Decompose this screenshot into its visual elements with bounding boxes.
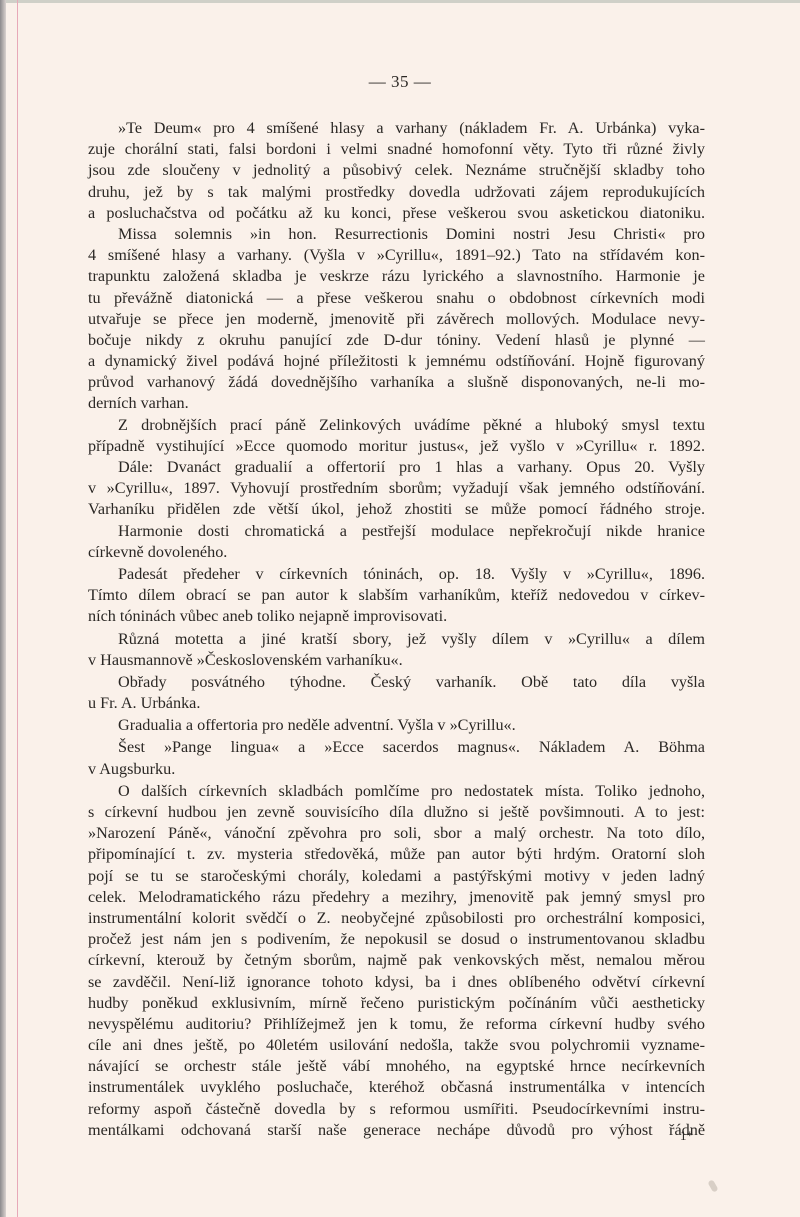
text-line: druhu, jež by s tak malými prostředky do… (88, 182, 705, 203)
text-line: Dále: Dvanáct gradualií a offertorií pro… (88, 457, 705, 478)
paragraph-pange-lingua: Šest »Pange lingua« a »Ecce sacerdos mag… (88, 737, 705, 779)
text-line: cíle ani dnes ještě, po 40letém usilován… (88, 1035, 705, 1056)
text-line: celek. Melodramatického rázu předehry a … (88, 887, 705, 908)
signature-mark: 1* (680, 1128, 693, 1144)
text-line: a posluchačstva od počátku až ku konci, … (88, 203, 705, 224)
text-line: církevní, kterouž by četným sborům, najm… (88, 950, 705, 971)
text-line: Harmonie dosti chromatická a pestřejší m… (88, 521, 705, 542)
scan-left-edge (0, 0, 6, 1217)
text-line: návající se orchestr stále ještě vábí mn… (88, 1056, 705, 1077)
text-line: v Hausmannově »Československém varhaníku… (88, 650, 705, 671)
text-line: pročež jest nám jen s podivením, že nepo… (88, 929, 705, 950)
text-line: církevně dovoleného. (88, 542, 705, 563)
text-line: Gradualia a offertoria pro neděle advent… (88, 715, 705, 736)
text-line: derních varhan. (88, 393, 705, 414)
paragraph-ecce-quomodo: Z drobnějších prací páně Zelinkových uvá… (88, 415, 705, 457)
text-line: připomínající t. zv. mysteria středověká… (88, 844, 705, 865)
paragraph-padesat-predeher: Padesát předeher v církevních tóninách, … (88, 564, 705, 628)
text-line: trapunktu založená skladba je veskrze rá… (88, 266, 705, 287)
text-line: zuje chorální stati, falsi bordoni i vel… (88, 139, 705, 160)
text-line: Varhaníku přidělen zde větší úkol, jehož… (88, 499, 705, 520)
text-line: instrumentální kolorit svědčí o Z. neoby… (88, 908, 705, 929)
text-line: průvod varhanový žádá dovednějšího varha… (88, 372, 705, 393)
text-line: Obřady posvátného týhodne. Český varhaní… (88, 672, 705, 693)
page-top-edge (0, 0, 800, 3)
paragraph-narozeni-pane: O dalších církevních skladbách pomlčíme … (88, 781, 705, 1141)
paragraph-motetta: Různá motetta a jiné kratší sbory, jež v… (88, 629, 705, 671)
page-number: — 35 — (0, 72, 800, 92)
text-line: případně vystihující »Ecce quomodo morit… (88, 436, 705, 457)
text-line: 4 smíšené hlasy a varhany. (Vyšla v »Cyr… (88, 245, 705, 266)
text-line: tu převážně diatonická — a přese veškero… (88, 288, 705, 309)
text-line: »Narození Páně«, vánoční zpěvohra pro so… (88, 823, 705, 844)
text-line: utvařuje se přece jen moderně, jmenovitě… (88, 309, 705, 330)
paragraph-gradualii: Dále: Dvanáct gradualií a offertorií pro… (88, 457, 705, 521)
text-line: pojí se tu se staročeskými chorály, kole… (88, 866, 705, 887)
text-line: instrumentálek uvyklého posluchače, kter… (88, 1077, 705, 1098)
text-line: Missa solemnis »in hon. Resurrectionis D… (88, 224, 705, 245)
paragraph-gradualia-adventni: Gradualia a offertoria pro neděle advent… (88, 715, 705, 736)
margin-rule (17, 0, 18, 1217)
text-line: Padesát předeher v církevních tóninách, … (88, 564, 705, 585)
text-line: reformy aspoň částečně dovedla by s refo… (88, 1099, 705, 1120)
paper-smudge (707, 1179, 718, 1192)
text-line: bočuje nikdy z okruhu panující zde D-dur… (88, 330, 705, 351)
text-line: hudby poněkud exklusivním, mírně řečeno … (88, 993, 705, 1014)
paragraph-te-deum: »Te Deum« pro 4 smíšené hlasy a varhany … (88, 118, 705, 224)
text-line: a dynamický živel podává hojné příležito… (88, 351, 705, 372)
text-line: Tímto dílem obrací se pan autor k slabší… (88, 585, 705, 606)
text-line: mentálkami odchovaná starší naše generac… (88, 1120, 705, 1141)
paragraph-obrady: Obřady posvátného týhodne. Český varhaní… (88, 672, 705, 714)
text-line: jsou zde sloučeny v jednolitý a působivý… (88, 160, 705, 181)
text-line: ních tóninách vůbec aneb toliko nejapně … (88, 606, 705, 627)
paragraph-missa-solemnis: Missa solemnis »in hon. Resurrectionis D… (88, 224, 705, 415)
paragraph-harmonie: Harmonie dosti chromatická a pestřejší m… (88, 521, 705, 563)
text-line: se zavděčil. Není-liž ignorance tohoto k… (88, 972, 705, 993)
text-line: Z drobnějších prací páně Zelinkových uvá… (88, 415, 705, 436)
body-text: »Te Deum« pro 4 smíšené hlasy a varhany … (88, 118, 705, 1141)
text-line: Šest »Pange lingua« a »Ecce sacerdos mag… (88, 737, 705, 758)
text-line: u Fr. A. Urbánka. (88, 693, 705, 714)
text-line: »Te Deum« pro 4 smíšené hlasy a varhany … (88, 118, 705, 139)
text-line: v Augsburku. (88, 759, 705, 780)
text-line: Různá motetta a jiné kratší sbory, jež v… (88, 629, 705, 650)
text-line: s církevní hudbou jen zevně souvisícího … (88, 802, 705, 823)
text-line: nevyspělému auditoriu? Přihlížejmež jen … (88, 1014, 705, 1035)
text-line: v »Cyrillu«, 1897. Vyhovují prostředním … (88, 478, 705, 499)
text-line: O dalších církevních skladbách pomlčíme … (88, 781, 705, 802)
